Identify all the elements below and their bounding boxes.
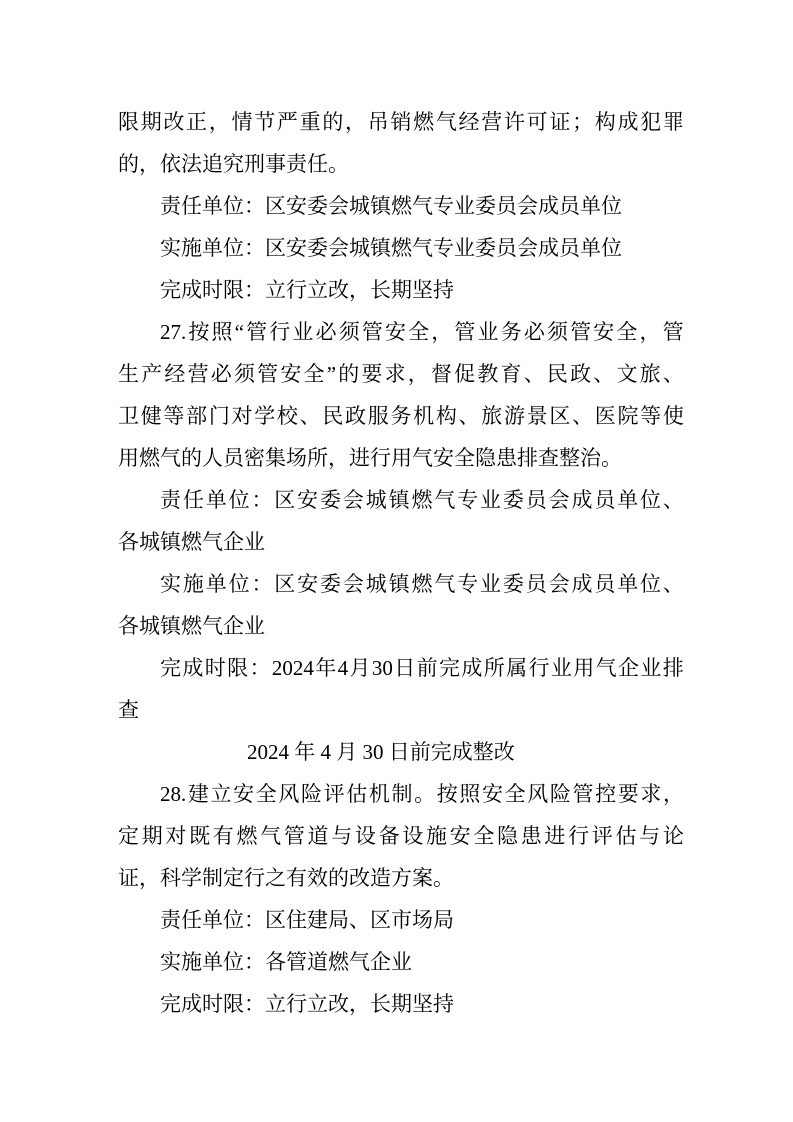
body-text-line: 各城镇燃气企业 <box>118 521 684 563</box>
completion-deadline-line: 完成时限：立行立改，长期坚持 <box>118 269 684 311</box>
responsible-unit-line: 责任单位：区安委会城镇燃气专业委员会成员单位、 <box>118 479 684 521</box>
body-text-line: 的，依法追究刑事责任。 <box>118 143 684 185</box>
body-text-line: 卫健等部门对学校、民政服务机构、旅游景区、医院等使 <box>118 395 684 437</box>
body-text-line: 各城镇燃气企业 <box>118 605 684 647</box>
document-page: 限期改正，情节严重的，吊销燃气经营许可证；构成犯罪 的，依法追究刑事责任。 责任… <box>0 0 793 1122</box>
implementing-unit-line: 实施单位：区安委会城镇燃气专业委员会成员单位、 <box>118 563 684 605</box>
completion-deadline-line: 完成时限：立行立改，长期坚持 <box>118 983 684 1025</box>
responsible-unit-line: 责任单位：区安委会城镇燃气专业委员会成员单位 <box>118 185 684 227</box>
body-text-line: 定期对既有燃气管道与设备设施安全隐患进行评估与论 <box>118 815 684 857</box>
body-text-line: 生产经营必须管安全”的要求，督促教育、民政、文旅、 <box>118 353 684 395</box>
body-text-line: 用燃气的人员密集场所，进行用气安全隐患排查整治。 <box>118 437 684 479</box>
implementing-unit-line: 实施单位：区安委会城镇燃气专业委员会成员单位 <box>118 227 684 269</box>
body-text-line: 证，科学制定行之有效的改造方案。 <box>118 857 684 899</box>
responsible-unit-line: 责任单位：区住建局、区市场局 <box>118 899 684 941</box>
implementing-unit-line: 实施单位：各管道燃气企业 <box>118 941 684 983</box>
item-28-line: 28.建立安全风险评估机制。按照安全风险管控要求， <box>118 773 684 815</box>
item-27-line: 27.按照“管行业必须管安全，管业务必须管安全，管 <box>118 311 684 353</box>
document-body: 限期改正，情节严重的，吊销燃气经营许可证；构成犯罪 的，依法追究刑事责任。 责任… <box>118 101 684 1025</box>
completion-date-line: 2024 年 4 月 30 日前完成整改 <box>118 731 684 773</box>
body-text-line: 限期改正，情节严重的，吊销燃气经营许可证；构成犯罪 <box>118 101 684 143</box>
completion-deadline-line: 完成时限：2024年4月30日前完成所属行业用气企业排 <box>118 647 684 689</box>
body-text-line: 查 <box>118 689 684 731</box>
